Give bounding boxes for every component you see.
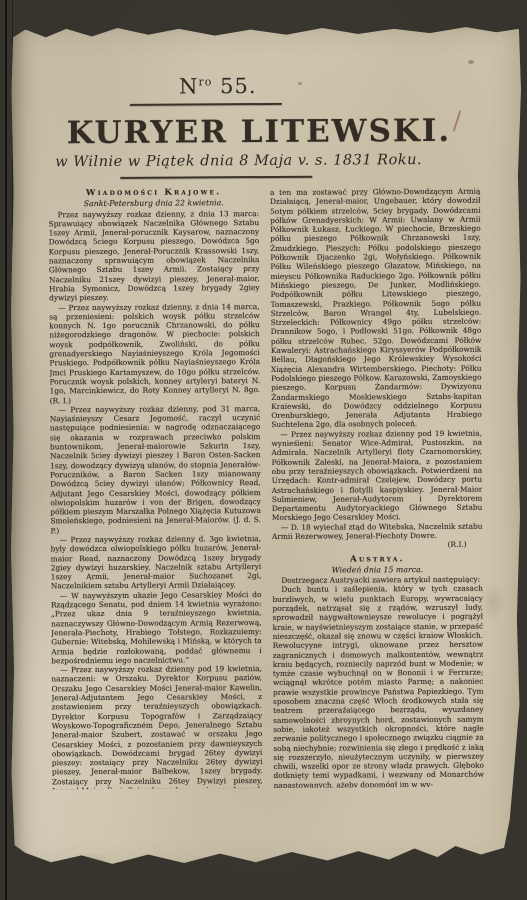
page-content: Nro 55. KURYER LITEWSKI. w Wilnie w Piąt… [7, 20, 524, 876]
newspaper-title: KURYER LITEWSKI. [8, 113, 510, 152]
paragraph: Duch buntu i zaślepienia, który w tych c… [272, 584, 484, 789]
paragraph: — Przez naywyższy rozkaz dzienny d. 3go … [51, 534, 262, 591]
section-dateline: Sankt-Petersburg dnia 22 kwietnia. [48, 198, 259, 209]
issue-prefix: N [179, 74, 199, 98]
newspaper-page: Nro 55. KURYER LITEWSKI. w Wilnie w Piąt… [10, 22, 522, 875]
section-heading: Austrya. [272, 554, 483, 565]
paragraph: a ten ma zostawać przy Główno-Dowodzącym… [270, 187, 482, 430]
paragraph: — D. 18 wyiechał ztąd do Witebska, Nacze… [272, 521, 483, 541]
paragraph: Przez naywyższy rozkaz dzienny, z dnia 1… [49, 209, 260, 303]
source-credit: (R.I.) [272, 540, 483, 551]
paragraph: — Przez naywyższy rozkaz dzienny pod 19 … [271, 428, 482, 522]
issue-number: Nro 55. [8, 73, 428, 100]
masthead-rule-bottom [120, 176, 312, 179]
paragraph: — Przez naywyższy rozkaz dzienny pod 19 … [51, 664, 262, 789]
right-column: a ten ma zostawać przy Główno-Dowodzącym… [270, 187, 484, 788]
paragraph: — Przez naywyższy rozkaz dzienny, z dnia… [49, 302, 260, 406]
left-column: Wiadomości Krajowe.Sankt-Petersburg dnia… [48, 188, 262, 789]
masthead-dateline: w Wilnie w Piątek dnia 8 Maja v. s. 1831… [8, 152, 469, 171]
section-dateline: Wiedeń dnia 15 marca. [272, 565, 483, 576]
issue-superscript: ro [198, 75, 212, 88]
issue-value: 55. [220, 74, 257, 98]
paragraph: — W naywyższym ukazie Jego Cesarskiey Mo… [51, 590, 262, 666]
section-heading: Wiadomości Krajowe. [48, 188, 259, 199]
paragraph: — Przez naywyższy rozkaz dzienny, pod 31… [50, 404, 261, 535]
scan-edge-line [5, 0, 7, 900]
text-columns: Wiadomości Krajowe.Sankt-Petersburg dnia… [48, 187, 484, 790]
masthead-rule-top [130, 103, 282, 106]
